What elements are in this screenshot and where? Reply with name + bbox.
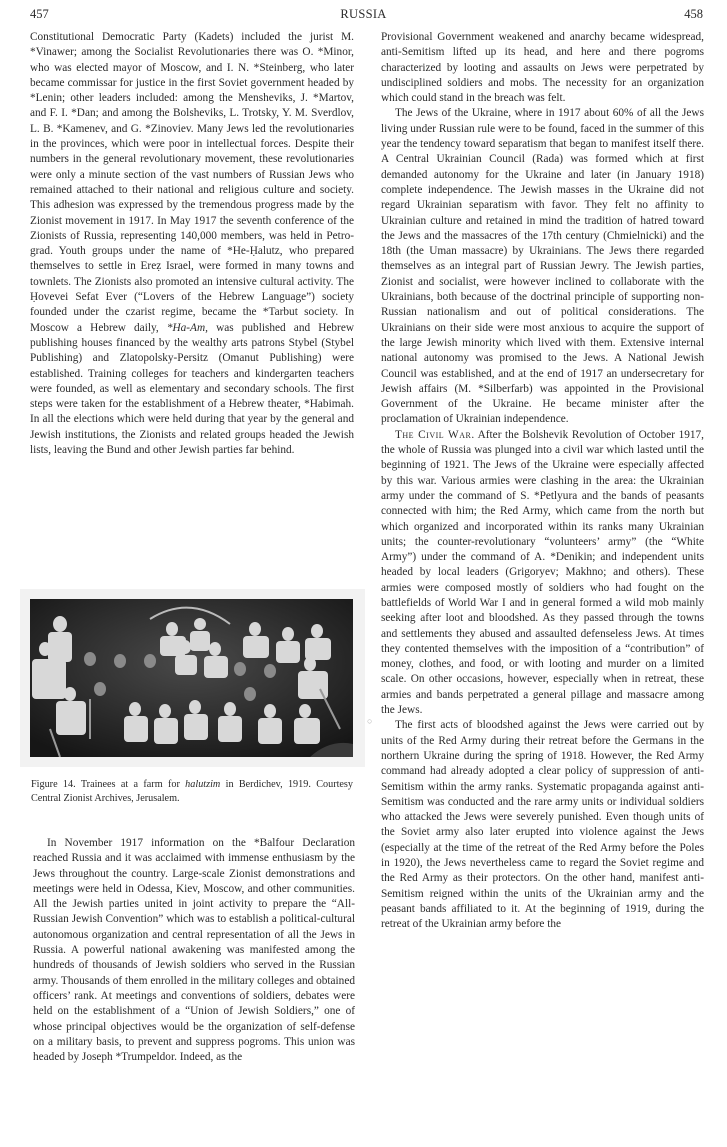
photo-placeholder-icon: [30, 599, 353, 757]
paragraph: The first acts of bloodshed against the …: [381, 718, 704, 932]
group-photograph: [30, 599, 353, 757]
running-header: 457 RUSSIA 458: [0, 7, 727, 23]
figure-caption: Figure 14. Trainees at a farm for halutz…: [31, 778, 353, 805]
page-number-right: 458: [684, 7, 703, 22]
paragraph: In November 1917 information on the *Bal…: [33, 836, 355, 1065]
running-title: RUSSIA: [0, 7, 727, 22]
right-column: Provisional Government weakened and anar…: [381, 30, 704, 933]
margin-mark-icon: ○: [367, 716, 372, 726]
section-heading: The Civil War.: [395, 429, 475, 441]
paragraph: The Jews of the Ukraine, where in 1917 a…: [381, 106, 704, 427]
paragraph: The Civil War. After the Bolshevik Revol…: [381, 428, 704, 719]
paragraph: Constitutional Democratic Party (Kadets)…: [30, 30, 354, 458]
left-column: Constitutional Democratic Party (Kadets)…: [30, 30, 354, 458]
figure-14: [20, 589, 365, 767]
left-column-lower: In November 1917 information on the *Bal…: [33, 836, 355, 1065]
paragraph: Provisional Government weakened and anar…: [381, 30, 704, 106]
